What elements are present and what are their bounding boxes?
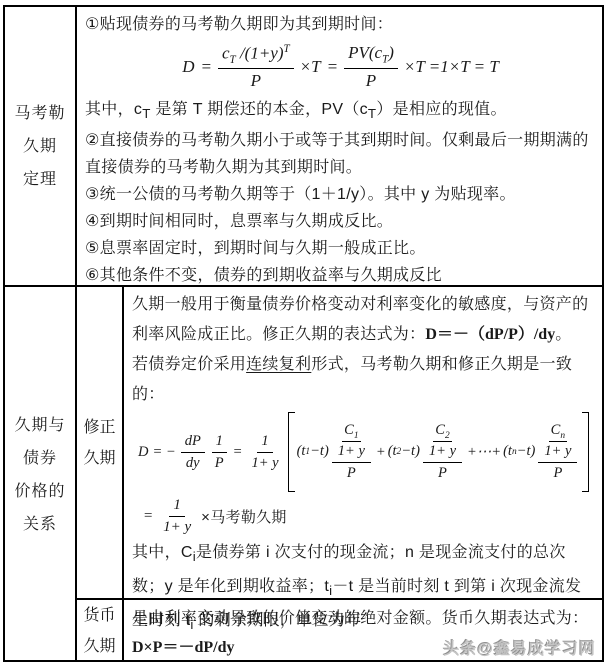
math-token: −t) [401,443,420,460]
sublabel-line: 久期 [83,631,115,662]
underlined-term: 连续复利 [246,356,311,373]
double-fraction: Cn1+ y P [538,422,577,483]
fraction-numerator: Cn1+ y [538,422,577,464]
note-text: 其中，C [132,544,193,561]
math-token: c [222,44,230,63]
math-token: −t) [310,443,329,460]
sublabel-modified-duration: 修正 久期 [77,287,124,598]
inner-fraction: C11+ y [336,422,367,461]
item-3: ③统一公债的马考勒久期等于（1＋1/y）。其中 y 为贴现率。 [85,181,596,208]
row-label-macaulay: 马考勒 久期 定理 [5,7,77,285]
math-token: PV(c [348,43,382,62]
label-line: 定理 [23,163,57,196]
fraction-numerator: C21+ y [423,422,462,464]
fraction-numerator: 1 [257,433,272,453]
money-duration-text: 是由利率变动导致的价值变动的绝对金额。货币久期表达式为：D×P＝－dP/dy [132,604,596,662]
formula-note: 其中，cT 是第 T 期偿还的本金，PV（cT）是相应的现值。 [85,96,596,127]
fraction: dPdy [181,433,205,472]
inline-math: D＝－（dP/P）/dy [425,326,555,343]
item-4: ④到期时间相同时，息票率与久期成反比。 [85,208,596,235]
para-text: 。 [555,326,571,343]
math-subscript: n [560,430,565,440]
fraction-denominator: P [549,463,566,482]
fraction-denominator: dy [182,453,204,472]
math-token: + [376,444,386,461]
math-token: = [201,57,212,77]
math-token: = [143,508,153,525]
math-token: ) [388,43,394,62]
math-token: = − [152,444,175,461]
subrows: 修正 久期 久期一般用于衡量债券价格变动对利率变化的敏感度，与资产的利率风险成正… [77,287,602,662]
math-token: C [551,422,561,438]
math-subscript: 1 [354,430,359,440]
math-token: −t) [517,443,536,460]
math-token: = [233,444,243,461]
math-token: = [327,57,338,77]
fraction-numerator: Cn [549,422,567,443]
double-fraction: C21+ y P [423,422,462,483]
right-bracket [582,412,589,492]
item-6: ⑥其他条件不变，债券的到期收益率与久期成反比 [85,262,596,289]
math-token: (t [503,443,512,460]
fraction-denominator: P [247,69,265,91]
fraction-denominator: P [211,453,228,472]
math-token: +⋯+ [467,444,501,461]
fraction: cT /(1+y)T P [218,43,294,91]
fraction-denominator: P [343,463,360,482]
para-text: 是由利率变动导致的价值变动的绝对金额。货币久期表达式为： [132,610,588,627]
macaulay-content: ①贴现债券的马考勒久期即为其到期时间： D = cT /(1+y)T P ×T … [77,7,602,285]
math-superscript: T [284,43,290,55]
fraction-numerator: PV(cT) [344,43,398,68]
fraction: 11+ y [247,433,282,472]
formula-term-1: (t1−t) C11+ y P [297,422,374,483]
modified-duration-content: 久期一般用于衡量债券价格变动对利率变化的敏感度，与资产的利率风险成正比。修正久期… [124,287,602,598]
fraction: PV(cT) P [344,43,398,90]
math-token: C [344,422,354,438]
row-duration-price-relation: 久期与 债券 价格的 关系 修正 久期 久期一般用于衡量债券价格变动对利率变化的… [5,287,602,662]
math-token: (t [297,443,306,460]
fraction-numerator: C11+ y [332,422,371,464]
note-text: 其中，c [85,101,142,118]
label-line: 关系 [23,508,57,541]
fraction-denominator: 1+ y [427,442,458,460]
math-token: ×马考勒久期 [201,506,287,527]
fraction-numerator: 1 [169,497,185,517]
fraction-numerator: dP [181,433,205,453]
discount-bond-duration-formula: D = cT /(1+y)T P ×T = PV(cT) P ×T =1×T =… [85,38,596,96]
fraction-denominator: 1+ y [159,517,195,536]
inner-fraction: C21+ y [427,422,458,461]
label-line: 债券 [23,442,57,475]
fraction: 11+ y [159,497,195,536]
modified-para-1: 久期一般用于衡量债券价格变动对利率变化的敏感度，与资产的利率风险成正比。修正久期… [132,290,596,350]
math-token: D [138,444,148,461]
item-2: ②直接债券的马考勒久期小于或等于其到期时间。仅剩最后一期期满的直接债券的马考勒久… [85,127,596,181]
sublabel-line: 久期 [83,443,115,474]
fraction-numerator: C2 [433,422,451,443]
fraction-numerator: C1 [342,422,360,443]
math-token: D [182,57,194,77]
subrow-money-duration: 货币 久期 是由利率变动导致的价值变动的绝对金额。货币久期表达式为：D×P＝－d… [77,600,602,662]
modified-duration-formula: D = − dPdy 1P = 11+ y (t1−t) C11+ y P [136,410,596,494]
fraction-denominator: 1+ y [542,442,573,460]
row-label-duration-price: 久期与 债券 价格的 关系 [5,287,77,662]
math-token: ×T =1×T = T [404,57,499,77]
math-token: /(1+y) [236,44,284,63]
math-token: ×T [300,57,321,77]
inner-fraction: Cn1+ y [542,422,573,461]
fraction: 1P [211,433,228,472]
subrow-modified-duration: 修正 久期 久期一般用于衡量债券价格变动对利率变化的敏感度，与资产的利率风险成正… [77,287,602,600]
sublabel-line: 修正 [83,412,115,443]
item-5: ⑤息票率固定时，到期时间与久期一般成正比。 [85,235,596,262]
macaulay-equivalence-formula: = 11+ y ×马考勒久期 [140,494,596,538]
label-line: 久期 [23,130,57,163]
duration-summary-table: 马考勒 久期 定理 ①贴现债券的马考勒久期即为其到期时间： D = cT /(1… [3,5,604,662]
formula-term-2: (t2−t) C21+ y P [388,422,465,483]
math-token: C [435,422,445,438]
money-duration-content: 是由利率变动导致的价值变动的绝对金额。货币久期表达式为：D×P＝－dP/dy 头… [124,600,602,662]
note-text: ）是相应的现值。 [376,101,506,118]
fraction-denominator: 1+ y [247,453,282,472]
math-subscript: T [142,106,150,121]
sublabel-line: 货币 [83,600,115,631]
fraction-numerator: 1 [212,433,227,453]
fraction-numerator: cT /(1+y)T [218,43,294,69]
item-1: ①贴现债券的马考勒久期即为其到期时间： [85,11,596,38]
fraction-denominator: P [434,463,451,482]
math-subscript: 2 [445,430,450,440]
label-line: 价格的 [14,475,65,508]
fraction-denominator: P [362,69,380,91]
row-macaulay-theorem: 马考勒 久期 定理 ①贴现债券的马考勒久期即为其到期时间： D = cT /(1… [5,7,602,287]
label-line: 久期与 [14,409,65,442]
modified-para-2: 若债券定价采用连续复利形式，马考勒久期和修正久期是一致的： [132,350,596,410]
formula-term-n: (tn−t) Cn1+ y P [503,422,580,483]
left-bracket [288,412,295,492]
para-text: 若债券定价采用 [132,356,246,373]
label-line: 马考勒 [14,97,65,130]
math-token: (t [388,443,397,460]
note-text: 是第 T 期偿还的本金，PV（c [151,101,368,118]
fraction-denominator: 1+ y [336,442,367,460]
sublabel-money-duration: 货币 久期 [77,600,124,662]
inline-math: D×P＝－dP/dy [132,639,234,656]
double-fraction: C11+ y P [332,422,371,483]
